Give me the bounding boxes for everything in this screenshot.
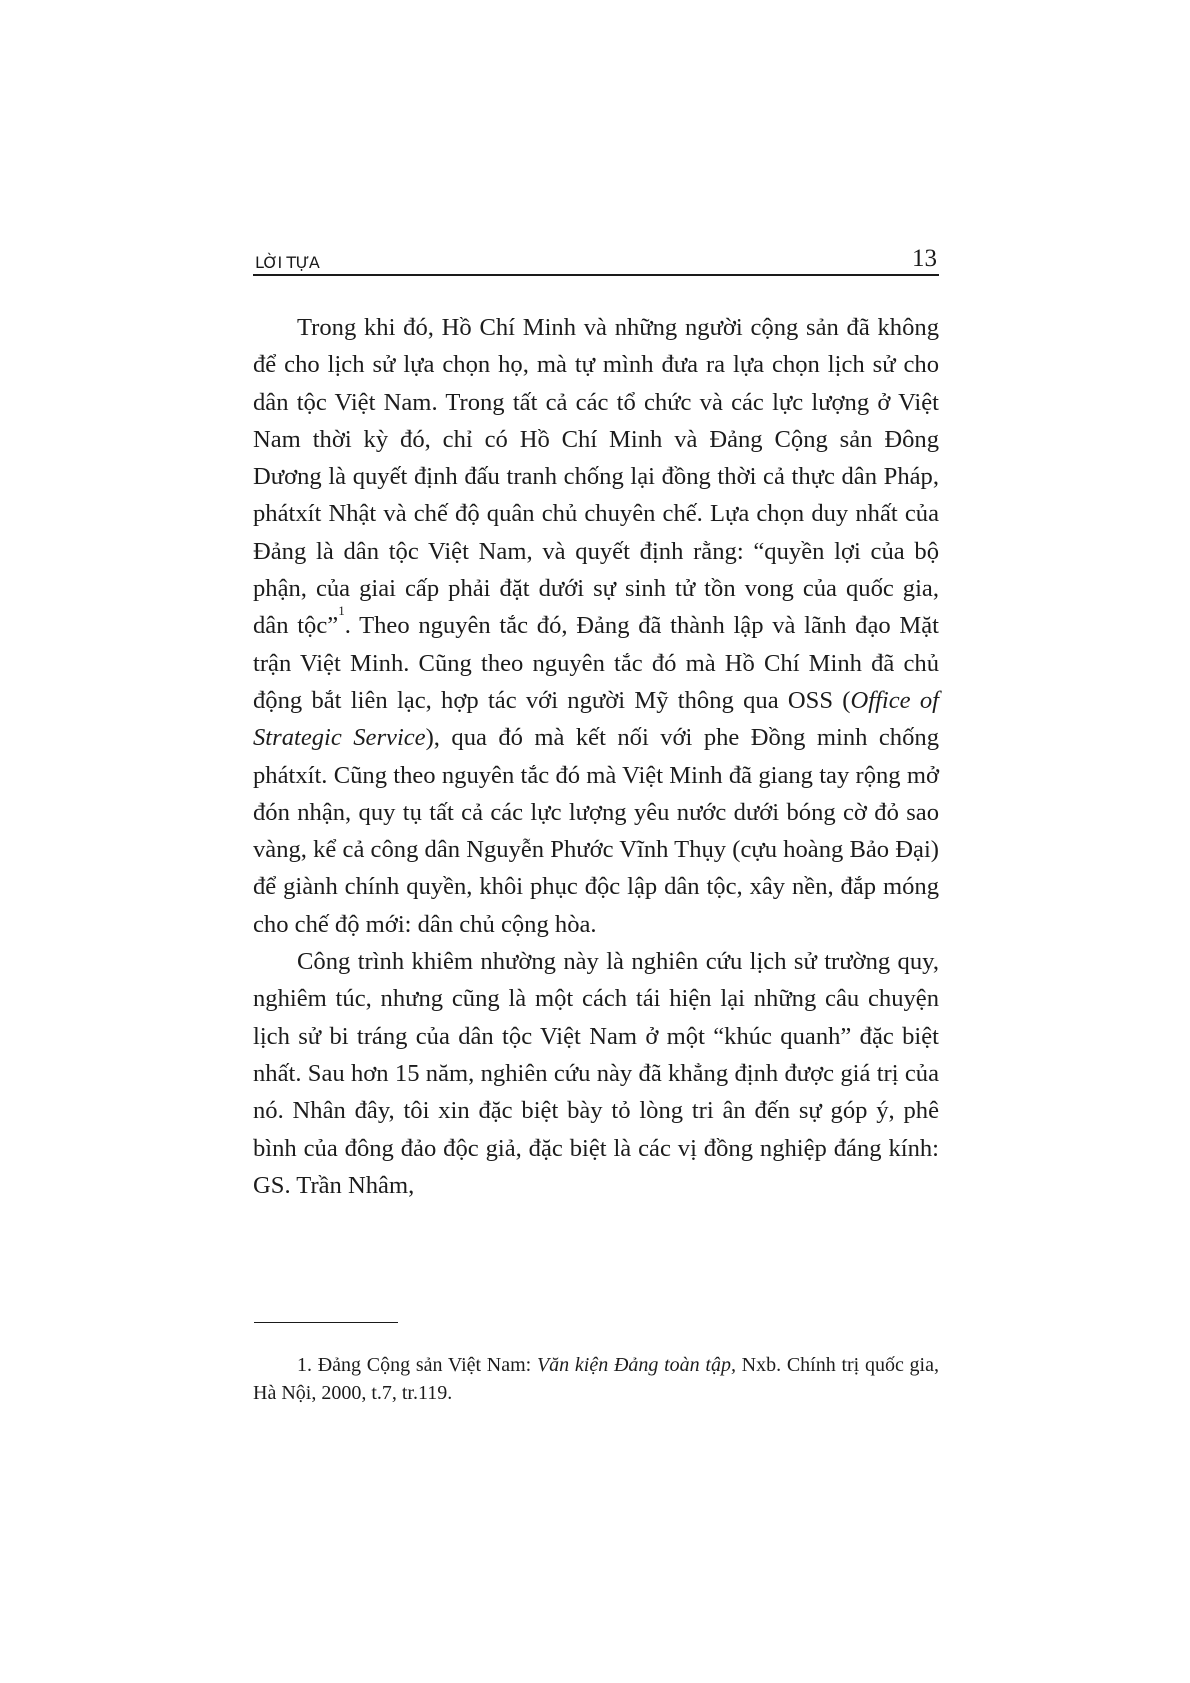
paragraph-1-part-2: . Theo nguyên tắc đó, Đảng đã thành lập … xyxy=(253,612,939,714)
paragraph-1: Trong khi đó, Hồ Chí Minh và những người… xyxy=(253,309,939,943)
paragraph-2: Công trình khiêm nhường này là nghiên cứ… xyxy=(253,943,939,1204)
footnote-number: 1. xyxy=(297,1354,312,1376)
paragraph-2-text: Công trình khiêm nhường này là nghiên cứ… xyxy=(253,948,939,1199)
paragraph-1-part-3: ), qua đó mà kết nối với phe Đồng minh c… xyxy=(253,724,939,937)
paragraph-1-part-1: Trong khi đó, Hồ Chí Minh và những người… xyxy=(253,314,939,639)
footnote-separator xyxy=(254,1322,398,1323)
running-header: LỜI TỰA 13 xyxy=(253,244,939,276)
footnote-area: 1. Đảng Cộng sản Việt Nam: Văn kiện Đảng… xyxy=(253,1351,939,1407)
footnote-text-before: Đảng Cộng sản Việt Nam: xyxy=(312,1354,537,1376)
body-text: Trong khi đó, Hồ Chí Minh và những người… xyxy=(253,309,939,1204)
page-number: 13 xyxy=(912,245,937,273)
footnote-1: 1. Đảng Cộng sản Việt Nam: Văn kiện Đảng… xyxy=(253,1351,939,1407)
running-title: LỜI TỰA xyxy=(255,253,319,272)
footnote-reference: 1 xyxy=(338,603,345,618)
footnote-italic-title: Văn kiện Đảng toàn tập, xyxy=(537,1354,736,1376)
